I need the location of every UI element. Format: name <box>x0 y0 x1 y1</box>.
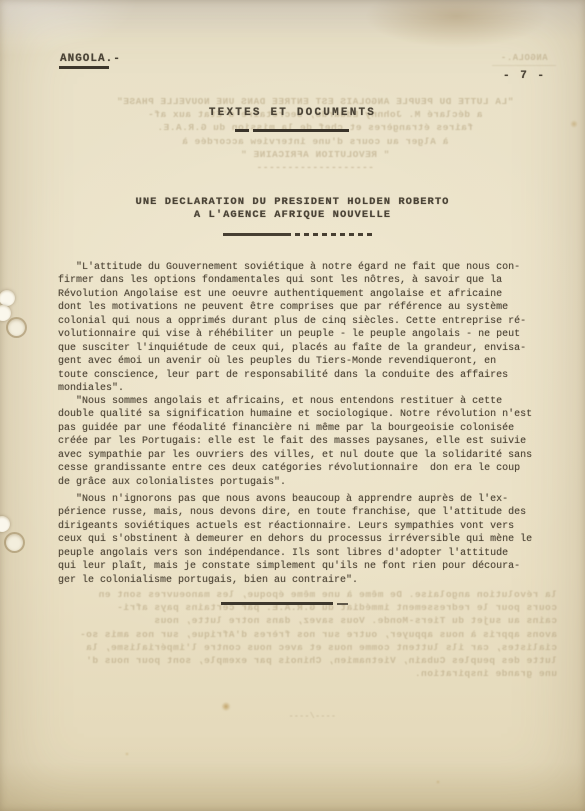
paper-stain <box>570 120 578 128</box>
punch-hole <box>0 290 15 306</box>
end-separator-line <box>221 602 333 605</box>
declaration-title-underline <box>223 233 375 236</box>
region-label-underline <box>59 66 109 69</box>
punch-hole <box>0 305 11 321</box>
declaration-title-line1: UNE DECLARATION DU PRESIDENT HOLDEN ROBE… <box>0 196 585 208</box>
page-number: - 7 - <box>503 70 546 82</box>
paragraph: "L'attitude du Gouvernement soviétique à… <box>58 261 564 396</box>
punch-hole <box>0 516 10 532</box>
declaration-title-line2: A L'AGENCE AFRIQUE NOUVELLE <box>0 209 585 221</box>
punch-hole <box>8 319 25 336</box>
punch-hole <box>6 534 23 551</box>
paper-stain <box>125 752 129 756</box>
paper-stain <box>221 702 231 711</box>
bleedthrough-page-break-mark: ----/---- <box>282 710 342 723</box>
section-title: TEXTES ET DOCUMENTS <box>0 107 585 119</box>
end-separator-dash <box>337 603 348 605</box>
bleedthrough-page-label: ANGOLA.- <box>492 52 556 66</box>
paper-stain <box>436 780 440 784</box>
paragraph: "Nous sommes angolais et africains, et n… <box>58 395 564 489</box>
paragraph: "Nous n'ignorons pas que nous avons beau… <box>58 493 564 587</box>
scanned-document-page: "LA LUTTE DU PEUPLE ANGOLAIS EST ENTREE … <box>0 0 585 811</box>
section-title-underline <box>235 129 351 132</box>
region-label: ANGOLA.- <box>60 53 121 65</box>
